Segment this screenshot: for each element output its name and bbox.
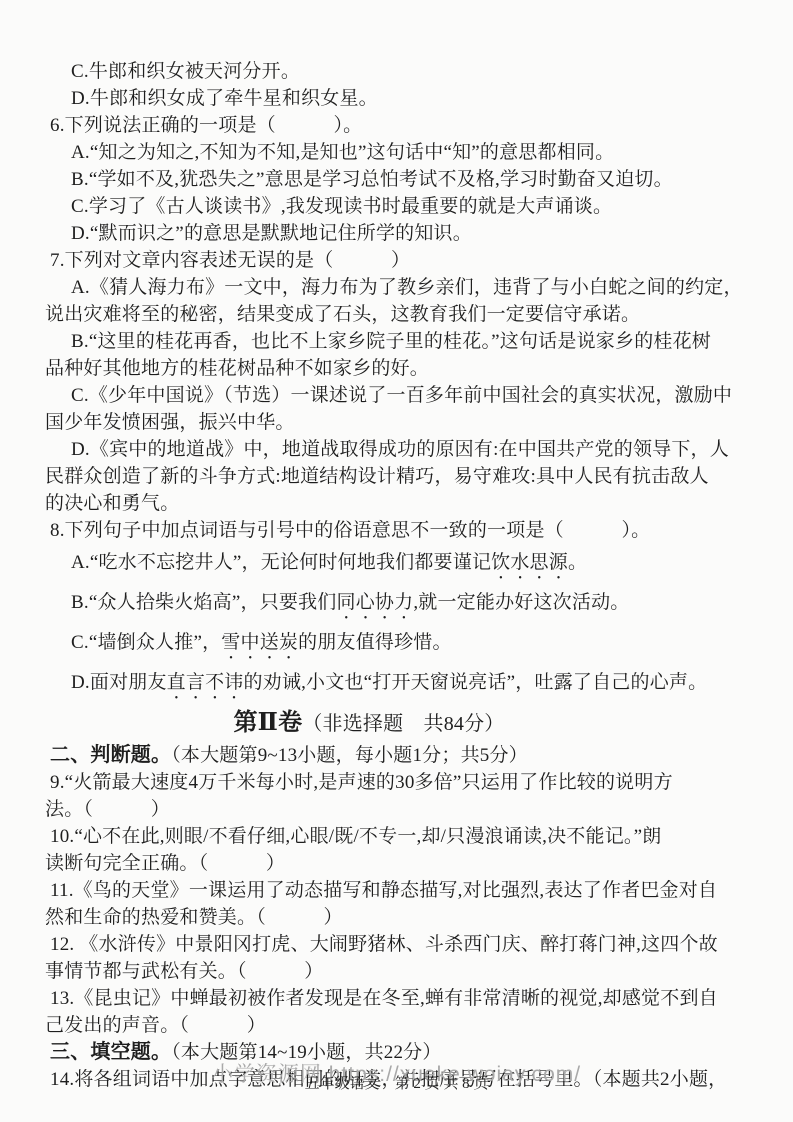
q10-cont: 读断句完全正确。（ ） — [45, 850, 753, 877]
emphasis-dotted-word: 直言不讳 — [167, 672, 244, 693]
q8-stem: 8.下列句子中加点词语与引号中的俗语意思不一致的一项是（ ）。 — [45, 517, 753, 544]
q12-stem: 12. 《水浒传》中景阳冈打虎、大闹野猪林、斗杀西门庆、醉打蒋门神,这四个故 — [45, 931, 753, 958]
q6-option-b: B.“学如不及,犹恐失之”意思是学习总怕考试不及格,学习时勤奋又迫切。 — [45, 166, 753, 193]
q13-stem: 13.《昆虫记》中蝉最初被作者发现是在冬至,蝉有非常清晰的视觉,却感觉不到自 — [45, 985, 753, 1012]
exam-body: C.牛郎和织女被天河分开。D.牛郎和织女成了牵牛星和织女星。6.下列说法正确的一… — [45, 58, 753, 1093]
q11-stem: 11.《鸟的天堂》一课运用了动态描写和静态描写,对比强烈,表达了作者巴金对自 — [45, 877, 753, 904]
q6-option-c: C.学习了《古人谈读书》,我发现读书时最重要的就是大声诵谈。 — [45, 193, 753, 220]
q10-stem: 10.“心不在此,则眼/不看仔细,心眼/既/不专一,却/只漫浪诵读,决不能记。”… — [45, 823, 753, 850]
q9-cont: 法。（ ） — [45, 796, 753, 823]
emphasis-dotted-word: 饮水思源 — [491, 552, 568, 573]
q7-option-c: C.《少年中国说》（节选）一课述说了一百多年前中国社会的真实状况，激励中 — [45, 382, 753, 409]
q7-option-b-cont: 品种好其他地方的桂花树品种不如家乡的好。 — [45, 355, 753, 382]
emphasis-dotted-word: 雪中送炭 — [221, 632, 298, 653]
q7-option-d-cont: 民群众创造了新的斗争方式:地道结构设计精巧，易守难攻:具中人民有抗击敌人 — [45, 463, 753, 490]
q7-option-a-cont: 说出灾难将至的秘密，结果变成了石头，这教育我们一定要信守承诺。 — [45, 301, 753, 328]
q13-cont: 己发出的声音。（ ） — [45, 1012, 753, 1039]
q7-option-d-cont-2: 的决心和勇气。 — [45, 490, 753, 517]
section-2-header: 二、判断题。（本大题第9~13小题，每小题1分；共5分） — [45, 742, 753, 769]
q8-option-b: B.“众人拾柴火焰高”，只要我们同心协力,就一定能办好这次活动。 — [45, 589, 753, 624]
exam-page: { "page": { "watermark": "小学资源网 https://… — [0, 0, 793, 1122]
q7-stem: 7.下列对文章内容表述无误的是（ ） — [45, 247, 753, 274]
q8-option-c: C.“墙倒众人推”，雪中送炭的朋友值得珍惜。 — [45, 629, 753, 664]
q8-option-a: A.“吃水不忘挖井人”，无论何时何地我们都要谨记饮水思源。 — [45, 549, 753, 584]
q5-option-c: C.牛郎和织女被天河分开。 — [45, 58, 753, 85]
q7-option-c-cont: 国少年发愤困强，振兴中华。 — [45, 409, 753, 436]
q12-cont: 事情节都与武松有关。（ ） — [45, 958, 753, 985]
emphasis-dotted-word: 同心协力 — [337, 592, 414, 613]
q8-option-d: D.面对朋友直言不讳的劝诫,小文也“打开天窗说亮话”，吐露了自己的心声。 — [45, 669, 753, 704]
q11-cont: 然和生命的热爱和赞美。（ ） — [45, 904, 753, 931]
q7-option-a: A.《猜人海力布》一文中，海力布为了教乡亲们，违背了与小白蛇之间的约定， — [45, 274, 753, 301]
q6-stem: 6.下列说法正确的一项是（ ）。 — [45, 112, 753, 139]
q5-option-d: D.牛郎和织女成了牵牛星和织女星。 — [45, 85, 753, 112]
q7-option-b: B.“这里的桂花再香，也比不上家乡院子里的桂花。”这句话是说家乡的桂花树 — [45, 328, 753, 355]
q6-option-a: A.“知之为知之,不知为不知,是知也”这句话中“知”的意思都相同。 — [45, 139, 753, 166]
q6-option-d: D.“默而识之”的意思是默默地记住所学的知识。 — [45, 220, 753, 247]
q7-option-d: D.《宾中的地道战》中，地道战取得成功的原因有:在中国共产党的领导下，人 — [45, 436, 753, 463]
q9-stem: 9.“火箭最大速度4万千米每小时,是声速的30多倍”只运用了作比较的说明方 — [45, 769, 753, 796]
page-footer: 五年级语文 第 2 页 共 8 页 — [0, 1072, 793, 1093]
part2-heading: 第Ⅱ卷（非选择题 共84分） — [45, 707, 753, 740]
